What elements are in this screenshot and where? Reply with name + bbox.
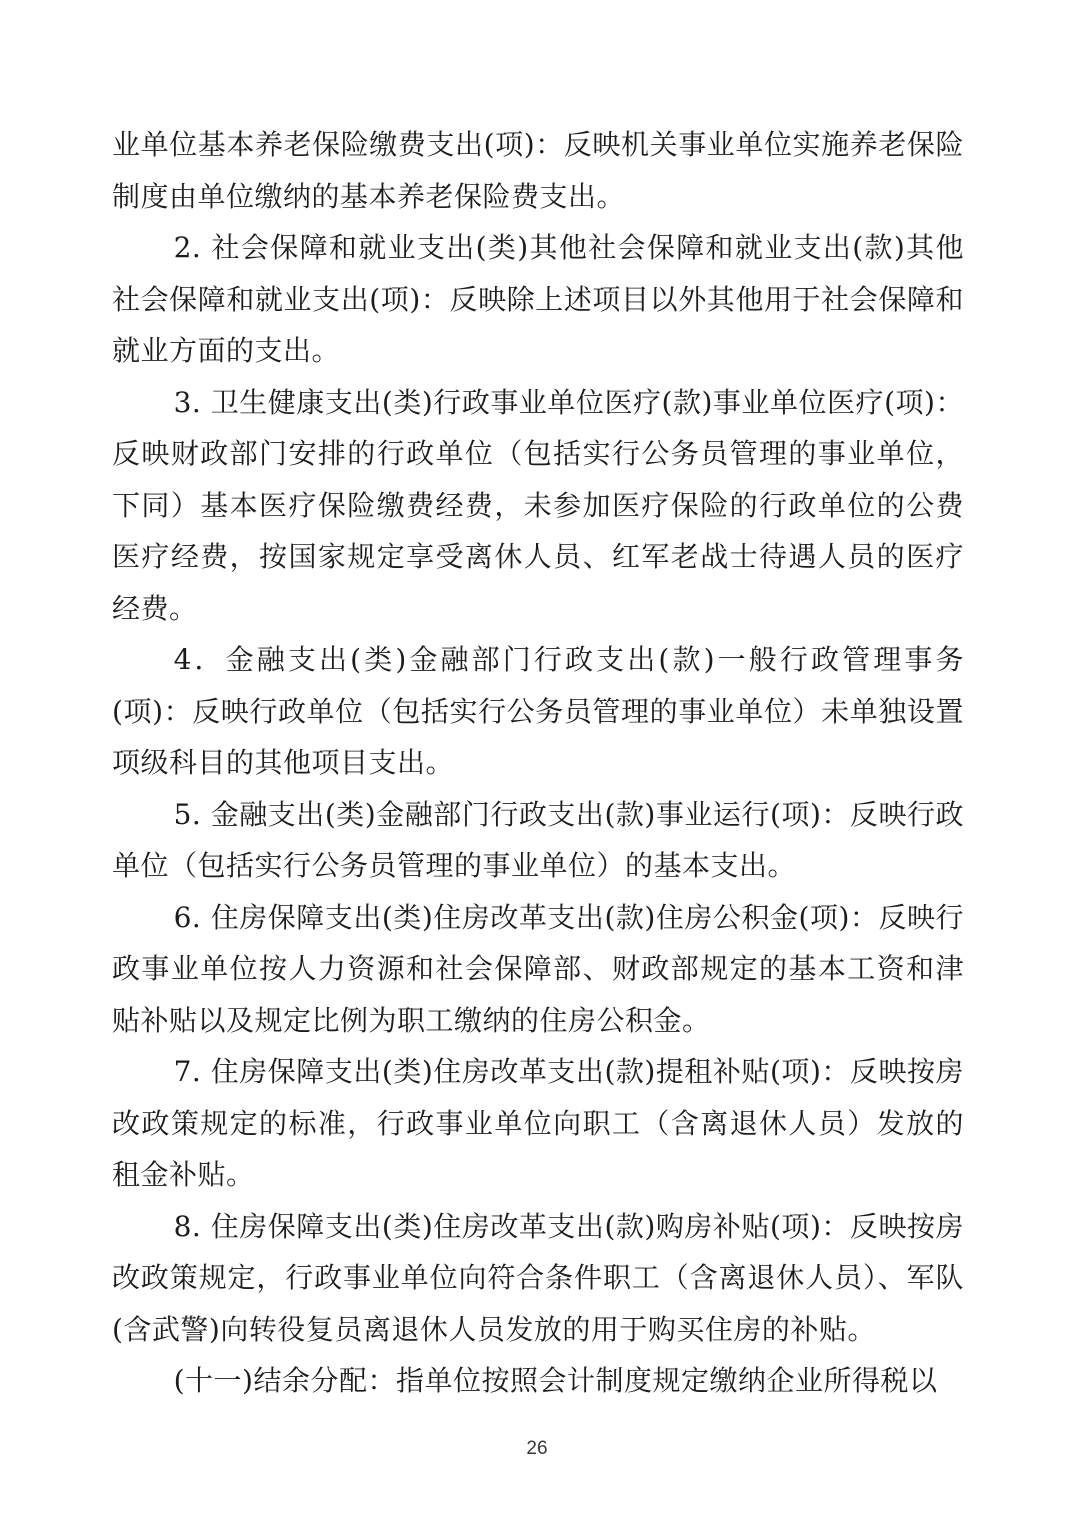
paragraph: 2. 社会保障和就业支出(类)其他社会保障和就业支出(款)其他社会保障和就业支出… bbox=[112, 222, 964, 377]
paragraph: 6. 住房保障支出(类)住房改革支出(款)住房公积金(项)：反映行政事业单位按人… bbox=[112, 892, 964, 1047]
paragraph: 4．金融支出(类)金融部门行政支出(款)一般行政管理事务(项)：反映行政单位（包… bbox=[112, 634, 964, 789]
paragraph: 3. 卫生健康支出(类)行政事业单位医疗(款)事业单位医疗(项)：反映财政部门安… bbox=[112, 377, 964, 635]
paragraph: 5. 金融支出(类)金融部门行政支出(款)事业运行(项)：反映行政单位（包括实行… bbox=[112, 789, 964, 892]
document-page: 业单位基本养老保险缴费支出(项)：反映机关事业单位实施养老保险制度由单位缴纳的基… bbox=[0, 0, 1074, 1520]
paragraph: 7. 住房保障支出(类)住房改革支出(款)提租补贴(项)：反映按房改政策规定的标… bbox=[112, 1046, 964, 1201]
paragraph: 8. 住房保障支出(类)住房改革支出(款)购房补贴(项)：反映按房改政策规定，行… bbox=[112, 1201, 964, 1356]
paragraph: 业单位基本养老保险缴费支出(项)：反映机关事业单位实施养老保险制度由单位缴纳的基… bbox=[112, 119, 964, 222]
document-body: 业单位基本养老保险缴费支出(项)：反映机关事业单位实施养老保险制度由单位缴纳的基… bbox=[112, 119, 964, 1407]
page-footer: 26 bbox=[0, 1438, 1074, 1460]
paragraph: (十一)结余分配：指单位按照会计制度规定缴纳企业所得税以 bbox=[112, 1355, 964, 1407]
page-number: 26 bbox=[526, 1438, 547, 1459]
